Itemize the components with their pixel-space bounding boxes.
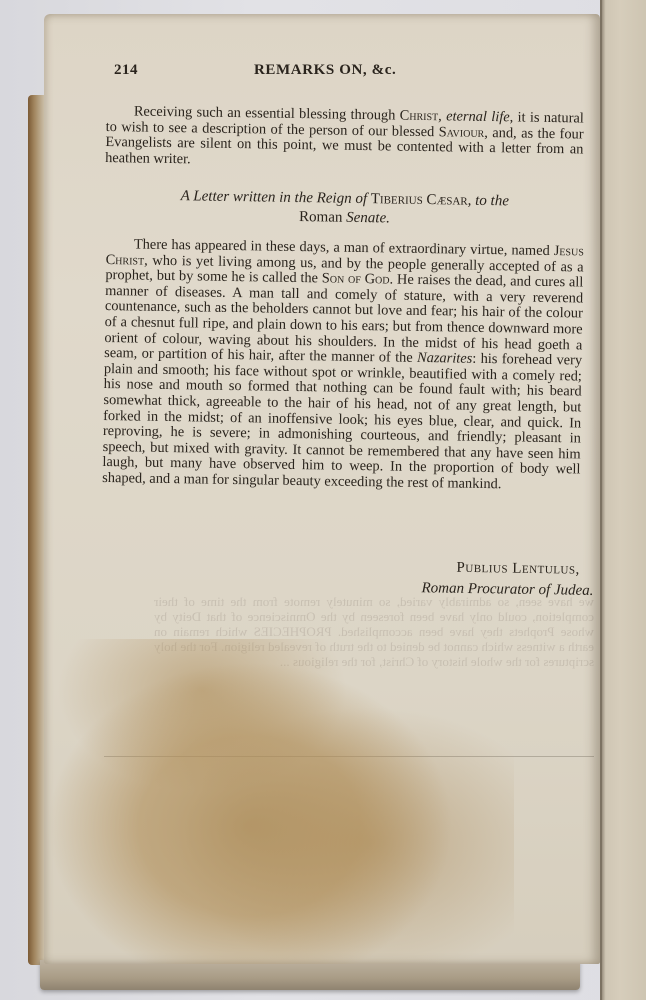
book-block-bottom xyxy=(40,960,580,990)
show-through-text: we have seen, so admirably varied, so mi… xyxy=(154,594,594,669)
show-through-rule xyxy=(104,756,594,757)
intro-text: Receiving such an essential blessing thr… xyxy=(105,104,584,174)
letter-title: A Letter written in the Reign of Tiberiu… xyxy=(105,186,584,232)
intro-paragraph: Receiving such an essential blessing thr… xyxy=(105,104,584,174)
photo-scene: we have seen, so admirably varied, so mi… xyxy=(0,0,646,1000)
title-part: A Letter written in the Reign of xyxy=(181,188,371,207)
title-part: , to the xyxy=(468,193,509,210)
title-part: Senate. xyxy=(346,210,390,227)
page-number: 214 xyxy=(114,62,138,79)
signatory-title: Roman Procurator of Judea. xyxy=(343,577,593,602)
text-segment: Nazarites xyxy=(417,350,472,367)
title-emperor: Tiberius Cæsar xyxy=(371,191,468,209)
water-stain xyxy=(44,639,514,964)
running-head: REMARKS ON, &c. xyxy=(254,62,396,79)
signature-block: Publius Lentulus, Roman Procurator of Ju… xyxy=(343,556,594,602)
letter-body: There has appeared in these days, a man … xyxy=(102,237,584,494)
page-header: 214 REMARKS ON, &c. xyxy=(44,58,600,82)
letter-text: There has appeared in these days, a man … xyxy=(102,237,584,494)
text-segment: Son of God xyxy=(322,271,390,288)
book-page: we have seen, so admirably varied, so mi… xyxy=(44,14,600,964)
text-segment: eternal life xyxy=(446,108,510,125)
facing-page-edge xyxy=(600,0,646,1000)
page-fore-edge xyxy=(28,95,44,965)
title-part: Roman xyxy=(299,209,346,226)
text-segment: : his forehead very plain and smooth; hi… xyxy=(102,351,582,492)
text-segment: Saviour xyxy=(439,124,485,141)
text-segment: Christ xyxy=(400,108,439,125)
